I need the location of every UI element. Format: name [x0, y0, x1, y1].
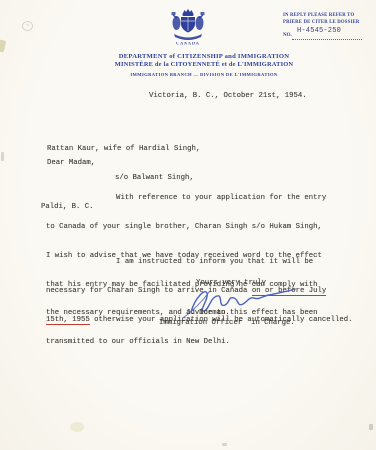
department-name-french: MINISTÈRE de la CITOYENNETÉ et de L'IMMI…	[93, 61, 315, 68]
paper-speck	[222, 443, 227, 446]
crest-caption: CANADA	[158, 42, 218, 46]
signature-name: J. Dorman.	[186, 309, 230, 319]
salutation: Dear Madam,	[47, 159, 95, 169]
file-number: H-4545-250	[297, 27, 341, 35]
dateline: Victoria, B. C., October 21st, 1954.	[149, 92, 307, 102]
edge-smudge	[0, 39, 6, 52]
para2-line: I am instructed to inform you that it wi…	[46, 258, 353, 268]
letterhead-department-block: DEPARTMENT of CITIZENSHIP and IMMIGRATIO…	[93, 53, 315, 78]
signature-title: Immigration Officer in Charge.	[159, 319, 295, 329]
reference-instruction-english: IN REPLY PLEASE REFER TO	[283, 12, 361, 19]
edge-mark	[1, 152, 4, 161]
pencil-mark: +	[22, 21, 33, 31]
paper-speck	[369, 424, 373, 430]
no-label: NO.	[283, 33, 292, 38]
reference-instruction-french: PRIÈRE DE CITER LE DOSSIER	[283, 19, 361, 26]
recipient-line-1: Rattan Kaur, wife of Hardial Singh,	[41, 145, 200, 155]
reference-box: IN REPLY PLEASE REFER TO PRIÈRE DE CITER…	[283, 12, 365, 26]
para1-line: to Canada of your single brother, Charan…	[46, 223, 326, 233]
department-name-english: DEPARTMENT of CITIZENSHIP and IMMIGRATIO…	[93, 53, 315, 60]
branch-line: IMMIGRATION BRANCH — DIVISION DE L'IMMIG…	[102, 73, 306, 78]
dotted-line	[292, 39, 362, 40]
canada-coat-of-arms-icon	[169, 7, 207, 43]
para1-line: With reference to your application for t…	[46, 194, 326, 204]
deadline-underlined-text: 15th, 1955	[46, 316, 90, 326]
paper-smudge	[70, 422, 84, 432]
letter-page: + CANADA DEPARTMENT of CITIZENSHIP	[0, 0, 376, 450]
